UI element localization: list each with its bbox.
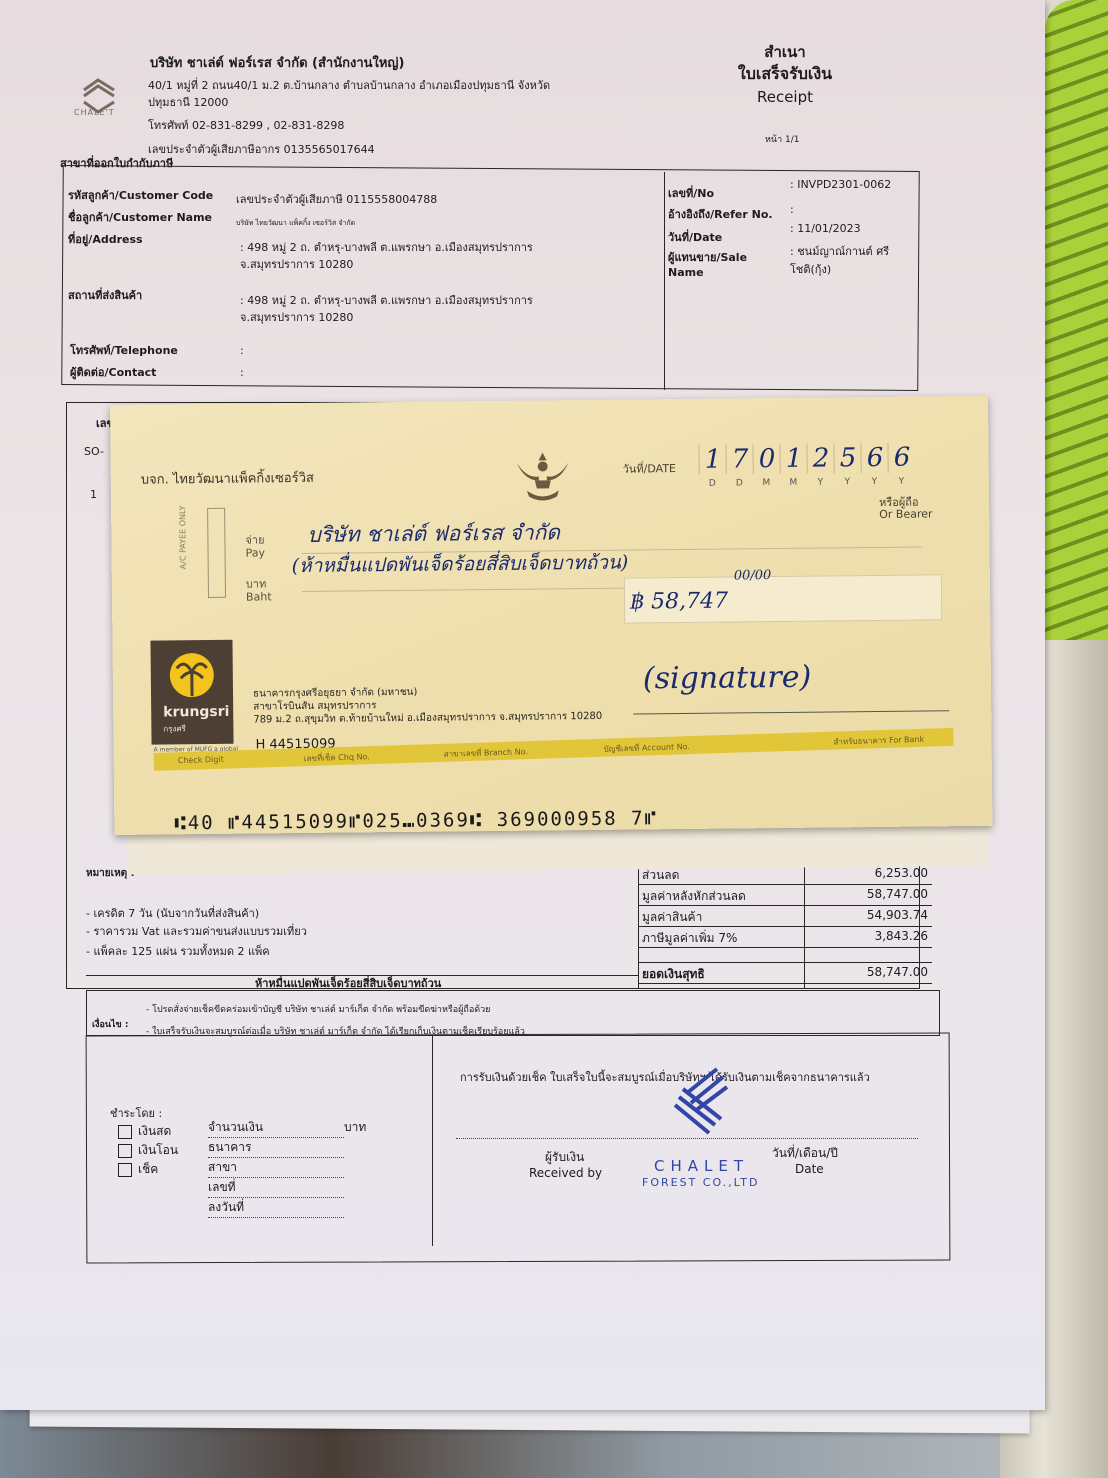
payment-method-label: ชำระโดย : (110, 1104, 162, 1122)
company-address-1: 40/1 หมู่ที่ 2 ถนน40/1 ม.2 ต.บ้านกลาง ตำ… (148, 76, 550, 94)
company-tax-id: เลขประจำตัวผู้เสียภาษีอากร 0135565017644 (148, 140, 375, 158)
bank-address: 789 ม.2 ถ.สุขุมวิท ต.ท้ายบ้านใหม่ อ.เมือ… (253, 710, 602, 727)
stamp-line-1: CHALET (654, 1157, 749, 1175)
condition-1: - โปรดสั่งจ่ายเช็คขีดคร่อมเข้าบัญชี บริษ… (146, 1002, 490, 1016)
received-by-thai: ผู้รับเงิน (545, 1148, 584, 1167)
date-format-letter: D (726, 478, 753, 488)
checkbox-transfer[interactable] (118, 1144, 132, 1158)
refer-label: อ้างอิงถึง/Refer No. (668, 205, 773, 223)
stamp-line-2: FOREST CO.,LTD (642, 1176, 759, 1189)
band-for-bank: สำหรับธนาคาร For Bank (833, 733, 924, 749)
signature-line (633, 710, 949, 714)
date-format-letter: D (699, 479, 726, 489)
date-value: : 11/01/2023 (790, 222, 861, 235)
contact-label: ผู้ติดต่อ/Contact (70, 363, 156, 381)
account-payee-stamp: A/C PAYEE ONLY (178, 483, 188, 569)
contact-value: : (240, 366, 244, 379)
band-check-digit: Check Digit (178, 755, 224, 765)
pay-label: จ่ายPay (245, 533, 265, 559)
customer-name-label: ชื่อลูกค้า/Customer Name (68, 208, 212, 226)
date-digit: 5 (833, 443, 861, 473)
green-basket (1045, 0, 1108, 640)
cheque-date-label: วันที่/DATE (623, 459, 676, 478)
totals-label: ภาษีมูลค่าเพิ่ม 7% (642, 929, 737, 948)
date-format-letter: M (780, 478, 807, 488)
baht-label: บาทBaht (246, 577, 272, 603)
date-english: Date (795, 1162, 824, 1176)
refer-value: : (790, 203, 794, 216)
conditions-label: เงื่อนไข : (92, 1017, 128, 1031)
method-transfer[interactable]: เงินโอน (118, 1141, 178, 1160)
remark-2: - ราคารวม Vat และรวมค่าขนส่งแบบรวมเที่ยว (86, 922, 307, 940)
net-total-row: ยอดเงินสุทธิ 58,747.00 (638, 962, 932, 984)
totals-row: มูลค่าหลังหักส่วนลด58,747.00 (638, 885, 932, 906)
date-digit: 1 (698, 445, 726, 475)
field-date[interactable]: ลงวันที่ (208, 1198, 344, 1218)
payment-methods: เงินสด เงินโอน เช็ค (118, 1122, 178, 1179)
line-number: 1 (90, 488, 97, 501)
net-total-value: 58,747.00 (867, 965, 928, 979)
remark-1: - เครดิต 7 วัน (นับจากวันที่ส่งสินค้า) (86, 904, 259, 922)
amount-words-handwritten: (ห้าหมื่นแปดพันเจ็ดร้อยสี่สิบเจ็ดบาทถ้วน… (292, 548, 629, 582)
title-thai: ใบเสร็จรับเงิน (720, 62, 850, 87)
remark-3: - แพ็คละ 125 แผ่น รวมทั้งหมด 2 แพ็ค (86, 942, 270, 960)
title-copy: สำเนา (740, 40, 830, 64)
company-name: บริษัท ชาเล่ต์ ฟอร์เรส จำกัด (สำนักงานให… (150, 52, 404, 73)
payment-fields: จำนวนเงินบาท ธนาคาร สาขา เลขที่ ลงวันที่ (208, 1118, 366, 1218)
method-cash[interactable]: เงินสด (118, 1122, 178, 1141)
received-by-english: Received by (529, 1166, 602, 1180)
checkbox-cheque[interactable] (118, 1163, 132, 1177)
garuda-emblem-icon (512, 448, 573, 505)
method-cheque[interactable]: เช็ค (118, 1160, 178, 1179)
date-digit: 1 (779, 444, 807, 474)
amount-figure: ฿ 58,747 (630, 589, 728, 615)
customer-code-value: เลขประจำตัวผู้เสียภาษี 0115558004788 (236, 190, 437, 208)
telephone-value: : (240, 344, 244, 357)
company-address-2: ปทุมธานี 12000 (148, 93, 228, 111)
cheque-drawer: บจก. ไทยวัฒนาแพ็คกิ้งเซอร์วิส (141, 467, 314, 490)
date-digit: 2 (806, 443, 834, 473)
net-total-label: ยอดเงินสุทธิ (642, 965, 705, 984)
date-digit: 6 (860, 443, 888, 473)
customer-address-1: : 498 หมู่ 2 ถ. ตำหรุ-บางพลี ต.แพรกษา อ.… (240, 238, 533, 256)
totals-row: มูลค่าสินค้า54,903.74 (638, 906, 932, 927)
company-phone: โทรศัพท์ 02-831-8299 , 02-831-8298 (148, 116, 344, 134)
or-bearer-english: Or Bearer (879, 508, 932, 521)
page-number: หน้า 1/1 (765, 132, 799, 146)
date-format-letter: Y (861, 477, 888, 487)
ship-to-label: สถานที่ส่งสินค้า (68, 286, 142, 304)
date-format-letter: M (753, 478, 780, 488)
unit-baht: บาท (344, 1120, 366, 1134)
totals-value: 58,747.00 (867, 887, 928, 901)
doc-no-value: : INVPD2301-0062 (790, 178, 891, 191)
cheque: บจก. ไทยวัฒนาแพ็คกิ้งเซอร์วิส วันที่/DAT… (110, 396, 992, 835)
account-payee-box: A/C PAYEE ONLY (207, 508, 226, 598)
company-stamp-icon (665, 1063, 745, 1143)
date-format-letter: Y (888, 477, 915, 487)
sale-value: : ชนม์ญาณ์กานต์ ศรีโชติ(กุ้ง) (790, 242, 910, 278)
field-bank[interactable]: ธนาคาร (208, 1138, 344, 1158)
date-digit: 6 (887, 443, 915, 473)
telephone-label: โทรศัพท์/Telephone (70, 341, 178, 359)
krungsri-logo: krungsri กรุงศรี (150, 640, 233, 745)
divider (432, 1036, 433, 1246)
totals-row: ภาษีมูลค่าเพิ่ม 7%3,843.26 (638, 927, 932, 948)
field-branch[interactable]: สาขา (208, 1158, 344, 1178)
band-account-no: บัญชีเลขที่ Account No. (603, 740, 690, 756)
band-cheque-no: เลขที่เช็ค Chq No. (304, 750, 370, 765)
totals-value: 6,253.00 (875, 866, 928, 880)
ship-to-2: จ.สมุทรปราการ 10280 (240, 308, 353, 326)
date-thai: วันที่/เดือน/ปี (772, 1144, 838, 1163)
customer-code-label: รหัสลูกค้า/Customer Code (68, 186, 213, 204)
sale-label: ผู้แทนขาย/Sale Name (668, 248, 778, 279)
date-digit: 7 (725, 444, 753, 474)
date-digit: 0 (752, 444, 780, 474)
order-row-prefix: SO- (84, 445, 104, 458)
checkbox-cash[interactable] (118, 1125, 132, 1139)
date-format-letter: Y (834, 477, 861, 487)
or-bearer: หรือผู้ถือ Or Bearer (879, 496, 933, 521)
date-format-letter: Y (807, 477, 834, 487)
divider (664, 172, 665, 390)
band-branch-no: สาขาเลขที่ Branch No. (444, 745, 529, 761)
totals-label: มูลค่าสินค้า (642, 908, 702, 927)
field-number[interactable]: เลขที่ (208, 1178, 344, 1198)
payee-handwritten: บริษัท ชาเล่ต์ ฟอร์เรส จำกัด (307, 516, 560, 552)
logo-text: CHALE'T (74, 108, 115, 117)
totals-value: 3,843.26 (875, 929, 928, 943)
totals-label: มูลค่าหลังหักส่วนลด (642, 887, 746, 906)
ship-to-1: : 498 หมู่ 2 ถ. ตำหรุ-บางพลี ต.แพรกษา อ.… (240, 291, 533, 309)
signature: (signature) (643, 660, 812, 697)
field-amount[interactable]: จำนวนเงิน (208, 1118, 344, 1138)
customer-address-label: ที่อยู่/Address (68, 230, 143, 248)
krungsri-emblem-icon (169, 652, 215, 698)
krungsri-wordmark: krungsri (163, 704, 229, 721)
bank-info: ธนาคารกรุงศรีอยุธยา จำกัด (มหาชน) สาขาโร… (253, 684, 602, 727)
customer-address-2: จ.สมุทรปราการ 10280 (240, 255, 353, 273)
krungsri-wordmark-thai: กรุงศรี (163, 722, 186, 735)
amount-fraction: 00/00 (734, 568, 772, 583)
date-label: วันที่/Date (668, 228, 722, 246)
doc-no-label: เลขที่/No (668, 184, 714, 202)
totals-value: 54,903.74 (867, 908, 928, 922)
cheque-band: Check Digit เลขที่เช็ค Chq No. สาขาเลขที… (154, 728, 954, 771)
title-english: Receipt (740, 88, 830, 106)
customer-name-value: บริษัท ไทยวัฒนา แพ็คกิ้ง เซอร์วิส จำกัด (236, 218, 355, 229)
